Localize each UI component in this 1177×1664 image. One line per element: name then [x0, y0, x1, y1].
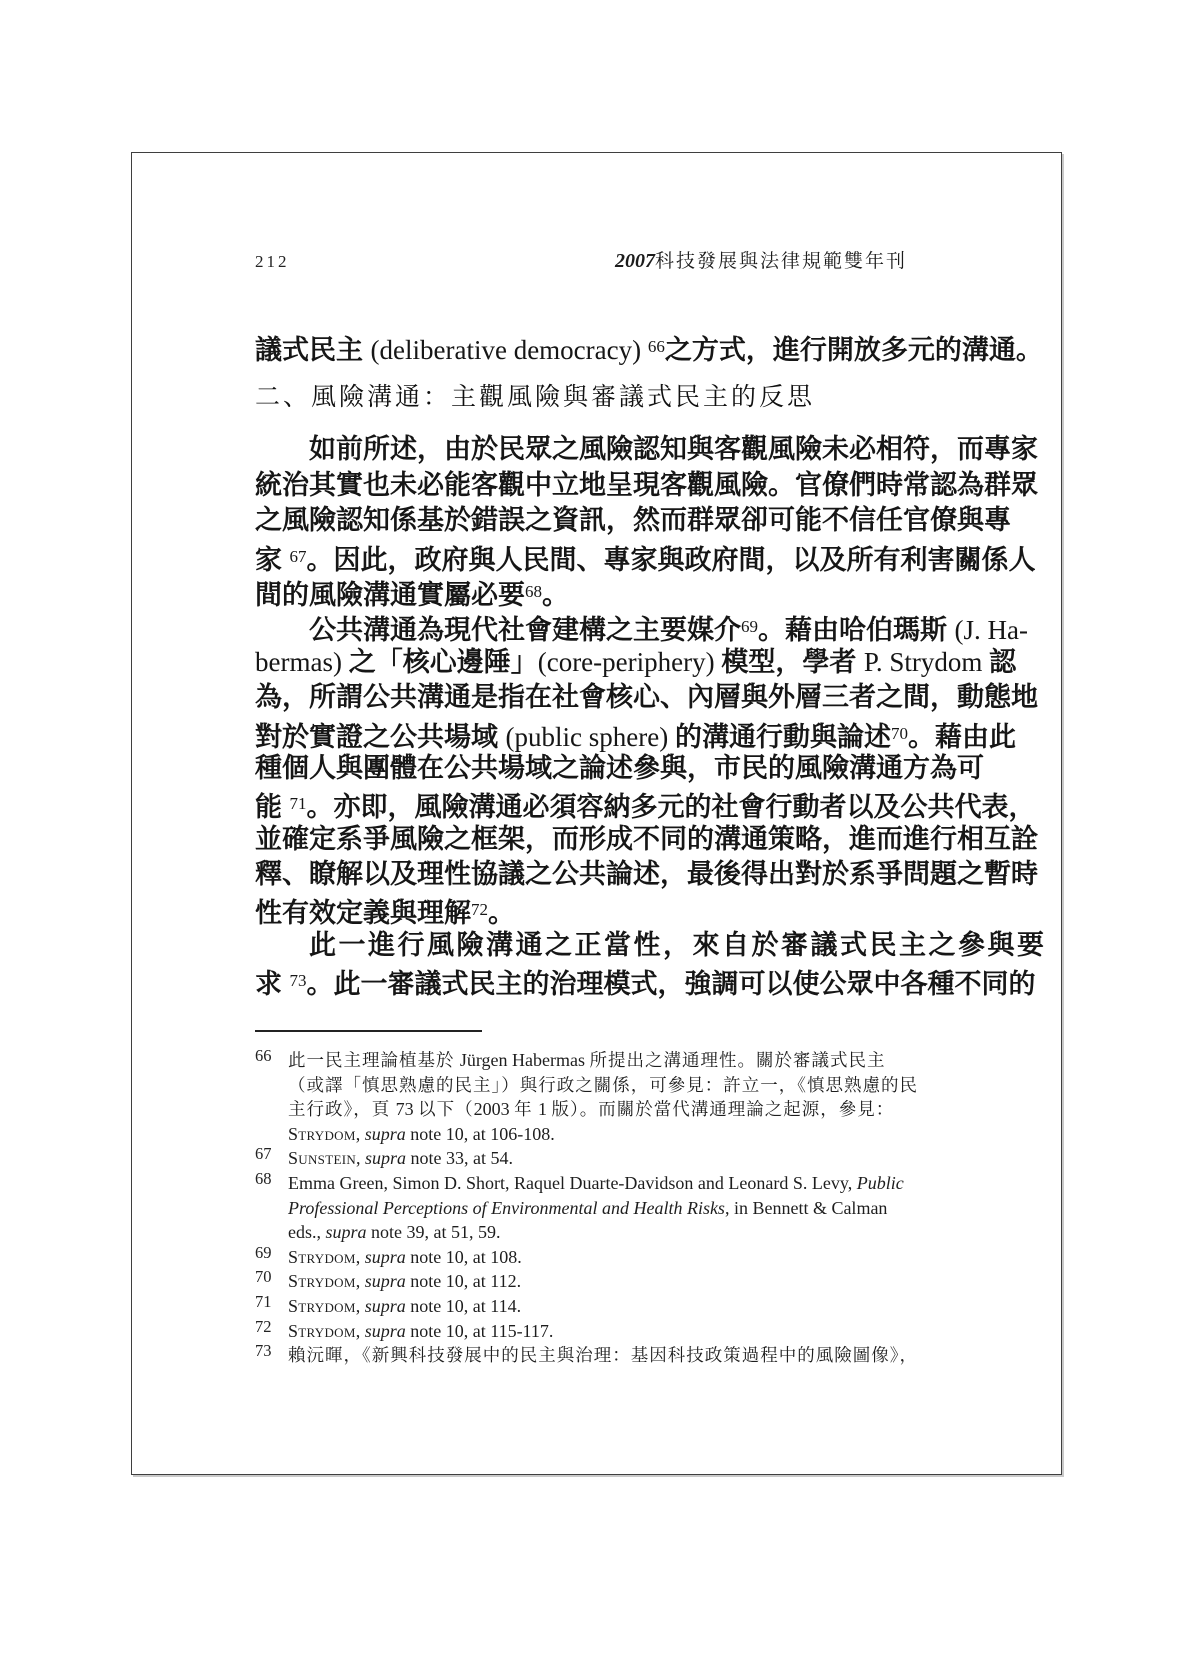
text-segment: 性有效定義與理解	[255, 898, 471, 928]
footnote-line: Strydom, supra note 10, at 114.	[288, 1294, 920, 1319]
paragraph: 如前所述，由於民眾之風險認知與客觀風險未必相符，而專家統治其實也未必能客觀中立地…	[255, 432, 935, 609]
text-segment: note 33, at 54.	[406, 1148, 513, 1168]
footnote-text: Strydom, supra note 10, at 108.	[288, 1245, 920, 1270]
footnote-text: Strydom, supra note 10, at 114.	[288, 1294, 920, 1319]
footnote-item: 72Strydom, supra note 10, at 115-117.	[255, 1319, 920, 1344]
text-segment: 。因此，政府與人民間、專家與政府間，以及所有利害關係人	[307, 545, 1036, 575]
footnote-text: Strydom, supra note 10, at 112.	[288, 1269, 920, 1294]
text-segment: 72	[471, 900, 488, 919]
footnote-line: Strydom, supra note 10, at 115-117.	[288, 1319, 920, 1344]
text-segment: 71	[290, 794, 307, 813]
footnote-line: eds., supra note 39, at 51, 59.	[288, 1220, 920, 1245]
text-segment: note 10, at 114.	[406, 1296, 521, 1316]
footnote-line: Strydom, supra note 10, at 108.	[288, 1245, 920, 1270]
footnote-line: Sunstein, supra note 33, at 54.	[288, 1146, 920, 1171]
text-segment: 並確定系爭風險之框架，而形成不同的溝通策略，進而進行相互詮	[255, 824, 1038, 854]
footnote-line: 此一民主理論植基於 Jürgen Habermas 所提出之溝通理性。關於審議式…	[288, 1048, 920, 1073]
text-segment: 。	[542, 580, 569, 610]
text-segment: 之「核心邊陲」	[349, 647, 538, 677]
text-segment: supra	[365, 1148, 406, 1168]
text-segment: ,	[356, 1124, 365, 1144]
text-line: 能 71。亦即，風險溝通必須容納多元的社會行動者以及公共代表，	[255, 786, 935, 821]
text-line: 議式民主 (deliberative democracy) 66之方式，進行開放…	[255, 329, 935, 364]
text-segment: supra	[365, 1321, 406, 1341]
footnote-text: 賴沅暉，《新興科技發展中的民主與治理：基因科技政策過程中的風險圖像》，	[288, 1343, 920, 1368]
text-segment: （或譯「慎思熟慮的民主」）與行政之關係，可參見：許立一，《慎思熟慮的民	[288, 1075, 918, 1095]
text-segment: ,	[356, 1247, 365, 1267]
text-line: 釋、瞭解以及理性協議之公共論述，最後得出對於系爭問題之暫時	[255, 857, 935, 892]
text-segment: supra	[365, 1271, 406, 1291]
text-segment: 。此一審議式民主的治理模式，強調可以使公眾中各種不同的	[307, 969, 1036, 999]
text-segment: 70	[891, 724, 908, 743]
text-segment: 66	[648, 337, 665, 356]
text-segment: 的溝通行動與論述	[675, 722, 891, 752]
journal-year: 2007	[615, 250, 655, 272]
text-segment: 所提出之溝通理性。關於審議式民主	[590, 1050, 886, 1070]
footnote-number: 73	[255, 1341, 288, 1366]
text-segment: 2003	[474, 1099, 515, 1119]
body-text: 議式民主 (deliberative democracy) 66之方式，進行開放…	[255, 329, 935, 999]
footnote-line: 賴沅暉，《新興科技發展中的民主與治理：基因科技政策過程中的風險圖像》，	[288, 1343, 920, 1368]
text-segment: 賴沅暉，《新興科技發展中的民主與治理：基因科技政策過程中的風險圖像》，	[288, 1345, 918, 1365]
text-segment: note 10, at 112.	[406, 1271, 521, 1291]
text-segment: 以下（	[418, 1099, 474, 1119]
footnote-number: 71	[255, 1292, 288, 1317]
footnote-line: Professional Perceptions of Environmenta…	[288, 1196, 920, 1221]
text-segment: 。	[488, 898, 515, 928]
text-line: 間的風險溝通實屬必要68。	[255, 574, 935, 609]
journal-page: 212 2007科技發展與法律規範雙年刊 議式民主 (deliberative …	[0, 0, 1177, 1664]
footnote-number: 66	[255, 1046, 288, 1144]
text-segment: Strydom	[288, 1271, 356, 1291]
paragraphs: 如前所述，由於民眾之風險認知與客觀風險未必相符，而專家統治其實也未必能客觀中立地…	[255, 432, 935, 998]
text-line: 對於實證之公共場域 (public sphere) 的溝通行動與論述70。藉由此	[255, 716, 935, 751]
footnotes: 66此一民主理論植基於 Jürgen Habermas 所提出之溝通理性。關於審…	[255, 1048, 920, 1368]
text-segment: 73	[290, 971, 307, 990]
text-segment: 67	[290, 547, 307, 566]
text-line: bermas) 之「核心邊陲」(core-periphery) 模型，學者 P.…	[255, 645, 935, 680]
text-line: 為，所謂公共溝通是指在社會核心、內層與外層三者之間，動態地	[255, 680, 935, 715]
text-segment: 。藉由此	[908, 722, 1016, 752]
text-segment: (core-periphery)	[538, 647, 722, 677]
text-segment: Emma Green, Simon D. Short, Raquel Duart…	[288, 1173, 857, 1193]
footnote-number: 72	[255, 1317, 288, 1342]
text-segment: 此一民主理論植基於	[288, 1050, 460, 1070]
text-segment: supra	[326, 1222, 367, 1242]
text-segment: 年	[514, 1099, 538, 1119]
text-segment: 模型，學者	[721, 647, 864, 677]
text-segment: note 10, at 108.	[406, 1247, 522, 1267]
text-segment: 此一進行風險溝通之正當性，來自於審議式民主之參與要	[309, 930, 1047, 960]
text-segment: 為，所謂公共溝通是指在社會核心、內層與外層三者之間，動態地	[255, 682, 1038, 712]
footnote-number: 67	[255, 1144, 288, 1169]
text-segment: 議式民主	[255, 335, 371, 365]
text-line: 統治其實也未必能客觀中立地呈現客觀風險。官僚們時常認為群眾	[255, 468, 935, 503]
footnote-item: 73賴沅暉，《新興科技發展中的民主與治理：基因科技政策過程中的風險圖像》，	[255, 1343, 920, 1368]
text-segment: Professional Perceptions of Environmenta…	[288, 1198, 725, 1218]
journal-title: 科技發展與法律規範雙年刊	[655, 251, 907, 272]
paragraph: 此一進行風險溝通之正當性，來自於審議式民主之參與要求 73。此一審議式民主的治理…	[255, 928, 935, 999]
journal-header: 2007科技發展與法律規範雙年刊	[615, 246, 907, 273]
text-segment: 之風險認知係基於錯誤之資訊，然而群眾卻可能不信任官僚與專	[255, 505, 1011, 535]
text-line: 種個人與團體在公共場域之論述參與，市民的風險溝通方為可	[255, 751, 935, 786]
text-segment: 認	[989, 647, 1016, 677]
text-segment: 主行政》，頁	[288, 1099, 396, 1119]
text-segment: ,	[356, 1271, 365, 1291]
text-segment: eds.,	[288, 1222, 326, 1242]
text-segment: ,	[356, 1321, 365, 1341]
text-segment: (J. Ha-	[955, 615, 1028, 645]
text-segment: (public sphere)	[506, 722, 675, 752]
text-segment: note 39, at 51, 59.	[367, 1222, 501, 1242]
text-segment: Public	[857, 1173, 904, 1193]
text-line: 此一進行風險溝通之正當性，來自於審議式民主之參與要	[255, 928, 935, 963]
footnote-line: Emma Green, Simon D. Short, Raquel Duart…	[288, 1171, 920, 1196]
section-heading: 二、風險溝通：主觀風險與審議式民主的反思	[255, 380, 935, 416]
text-line: 公共溝通為現代社會建構之主要媒介69。藉由哈伯瑪斯 (J. Ha-	[255, 609, 935, 644]
text-line: 如前所述，由於民眾之風險認知與客觀風險未必相符，而專家	[255, 432, 935, 467]
footnote-item: 69Strydom, supra note 10, at 108.	[255, 1245, 920, 1270]
running-head: 212 2007科技發展與法律規範雙年刊	[255, 246, 907, 273]
text-segment: ,	[356, 1296, 365, 1316]
text-segment: 間的風險溝通實屬必要	[255, 580, 525, 610]
footnote-line: Strydom, supra note 10, at 112.	[288, 1269, 920, 1294]
text-segment: note 10, at 115-117.	[406, 1321, 554, 1341]
footnote-item: 66此一民主理論植基於 Jürgen Habermas 所提出之溝通理性。關於審…	[255, 1048, 920, 1146]
footnote-item: 68Emma Green, Simon D. Short, Raquel Dua…	[255, 1171, 920, 1245]
opening-paragraph: 議式民主 (deliberative democracy) 66之方式，進行開放…	[255, 329, 935, 364]
footnote-item: 67Sunstein, supra note 33, at 54.	[255, 1146, 920, 1171]
text-segment: 如前所述，由於民眾之風險認知與客觀風險未必相符，而專家	[309, 434, 1038, 464]
text-segment: 1	[538, 1099, 552, 1119]
text-segment: Strydom	[288, 1321, 356, 1341]
paragraph: 公共溝通為現代社會建構之主要媒介69。藉由哈伯瑪斯 (J. Ha-bermas)…	[255, 609, 935, 928]
text-segment: 統治其實也未必能客觀中立地呈現客觀風險。官僚們時常認為群眾	[255, 470, 1038, 500]
footnote-number: 70	[255, 1267, 288, 1292]
text-segment: 68	[525, 582, 542, 601]
text-segment: Sunstein	[288, 1148, 356, 1168]
footnote-separator	[255, 1030, 482, 1032]
text-segment: 種個人與團體在公共場域之論述參與，市民的風險溝通方為可	[255, 753, 984, 783]
text-segment: 69	[741, 617, 758, 636]
text-line: 求 73。此一審議式民主的治理模式，強調可以使公眾中各種不同的	[255, 963, 935, 998]
text-segment: 。亦即，風險溝通必須容納多元的社會行動者以及公共代表，	[307, 792, 1036, 822]
text-segment: ,	[356, 1148, 365, 1168]
footnote-item: 71Strydom, supra note 10, at 114.	[255, 1294, 920, 1319]
text-segment: Strydom	[288, 1124, 356, 1144]
text-line: 性有效定義與理解72。	[255, 892, 935, 927]
footnote-text: Emma Green, Simon D. Short, Raquel Duart…	[288, 1171, 920, 1245]
text-segment: 公共溝通為現代社會建構之主要媒介	[309, 615, 741, 645]
text-segment: 73	[396, 1099, 419, 1119]
text-segment: note 10, at 106-108.	[406, 1124, 555, 1144]
text-segment: Strydom	[288, 1247, 356, 1267]
footnote-text: Sunstein, supra note 33, at 54.	[288, 1146, 920, 1171]
text-segment: supra	[365, 1296, 406, 1316]
footnote-text: 此一民主理論植基於 Jürgen Habermas 所提出之溝通理性。關於審議式…	[288, 1048, 920, 1146]
footnote-number: 69	[255, 1243, 288, 1268]
text-line: 並確定系爭風險之框架，而形成不同的溝通策略，進而進行相互詮	[255, 822, 935, 857]
footnote-number: 68	[255, 1169, 288, 1243]
footnote-text: Strydom, supra note 10, at 115-117.	[288, 1319, 920, 1344]
text-segment: 對於實證之公共場域	[255, 722, 506, 752]
text-segment: 之方式，進行開放多元的溝通。	[665, 335, 1043, 365]
page-number: 212	[255, 252, 290, 272]
text-segment: P. Strydom	[864, 647, 989, 677]
text-segment: 釋、瞭解以及理性協議之公共論述，最後得出對於系爭問題之暫時	[255, 859, 1038, 889]
text-segment: 能	[255, 792, 290, 822]
footnote-item: 70Strydom, supra note 10, at 112.	[255, 1269, 920, 1294]
text-segment: Jürgen Habermas	[460, 1050, 590, 1070]
text-segment: , in Bennett & Calman	[725, 1198, 887, 1218]
text-line: 之風險認知係基於錯誤之資訊，然而群眾卻可能不信任官僚與專	[255, 503, 935, 538]
text-segment: (deliberative democracy)	[371, 335, 648, 365]
text-segment: Strydom	[288, 1296, 356, 1316]
text-segment: 求	[255, 969, 290, 999]
footnote-line: Strydom, supra note 10, at 106-108.	[288, 1122, 920, 1147]
footnote-line: 主行政》，頁 73 以下（2003 年 1 版）。而關於當代溝通理論之起源，參見…	[288, 1097, 920, 1122]
text-segment: 家	[255, 545, 290, 575]
text-segment: 版）。而關於當代溝通理論之起源，參見：	[552, 1099, 895, 1119]
text-segment: 。藉由哈伯瑪斯	[758, 615, 955, 645]
text-line: 家 67。因此，政府與人民間、專家與政府間，以及所有利害關係人	[255, 539, 935, 574]
footnote-line: （或譯「慎思熟慮的民主」）與行政之關係，可參見：許立一，《慎思熟慮的民	[288, 1073, 920, 1098]
text-segment: bermas)	[255, 647, 349, 677]
text-segment: supra	[365, 1247, 406, 1267]
text-segment: supra	[365, 1124, 406, 1144]
